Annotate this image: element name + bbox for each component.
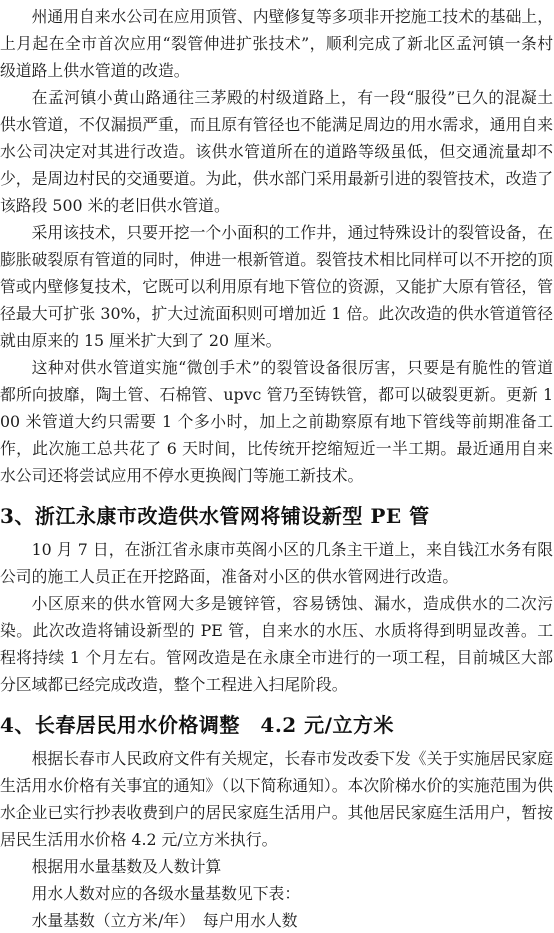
paragraph-intro-4: 这种对供水管道实施“微创手术”的裂管设备很厉害，只要是有脆性的管道都所向披靡，陶… [0, 354, 553, 489]
paragraph-intro-3: 采用该技术，只要开挖一个小面积的工作井，通过特殊设计的裂管设备，在膨胀破裂原有管… [0, 219, 553, 354]
calc-note-line: 根据用水量基数及人数计算 [0, 853, 553, 880]
table-header-line: 水量基数（立方米/年） 每户用水人数 [0, 907, 553, 933]
section-4-heading: 4、长春居民用水价格调整 4.2 元/立方米 [0, 711, 553, 739]
table-intro-line: 用水人数对应的各级水量基数见下表： [0, 880, 553, 907]
section-3-heading: 3、浙江永康市改造供水管网将铺设新型 PE 管 [0, 502, 553, 530]
paragraph-intro-2: 在孟河镇小黄山路通往三茅殿的村级道路上，有一段“服役”已久的混凝土供水管道，不仅… [0, 84, 553, 219]
paragraph-intro-1: 州通用自来水公司在应用顶管、内壁修复等多项非开挖施工技术的基础上，上月起在全市首… [0, 3, 553, 84]
document-page: 州通用自来水公司在应用顶管、内壁修复等多项非开挖施工技术的基础上，上月起在全市首… [0, 0, 554, 933]
paragraph-section4-1: 根据长春市人民政府文件有关规定，长春市发改委下发《关于实施居民家庭生活用水价格有… [0, 745, 553, 853]
paragraph-section3-1: 10 月 7 日，在浙江省永康市英阁小区的几条主干道上，来自钱江水务有限公司的施… [0, 536, 553, 590]
paragraph-section3-2: 小区原来的供水管网大多是镀锌管，容易锈蚀、漏水，造成供水的二次污染。此次改造将铺… [0, 590, 553, 698]
